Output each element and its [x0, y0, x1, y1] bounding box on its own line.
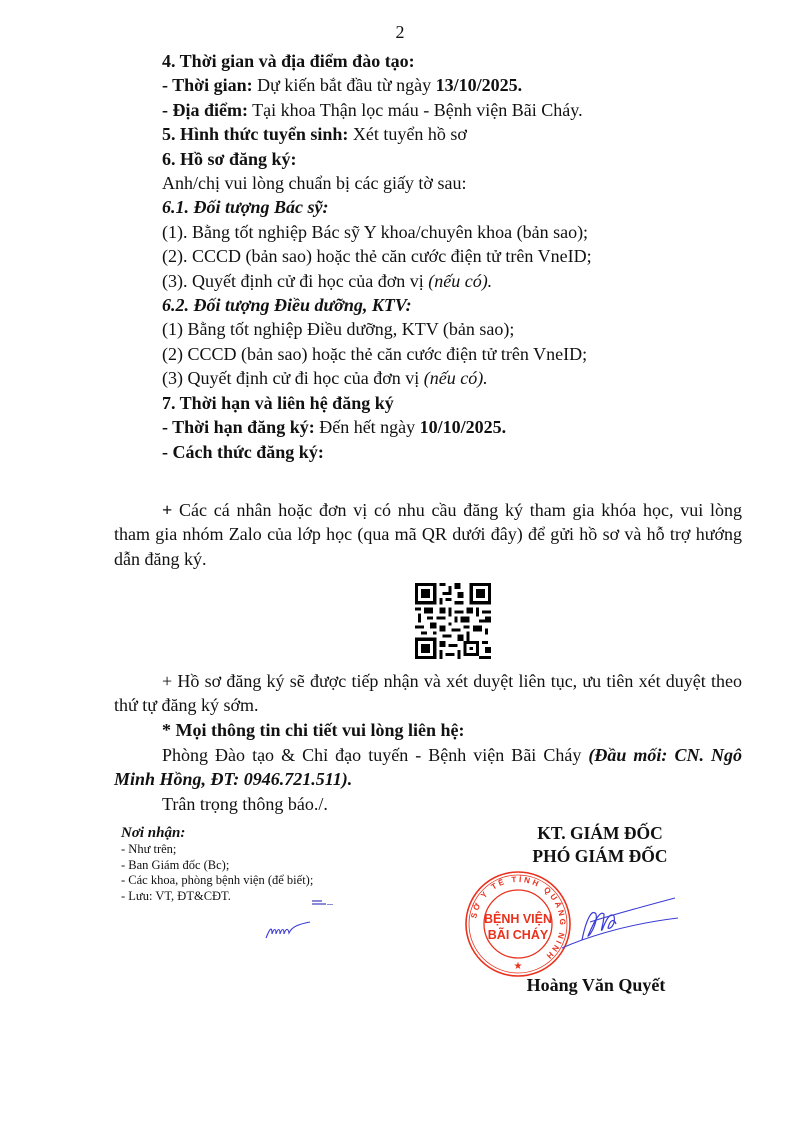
place-label: - Địa điểm:: [162, 100, 248, 120]
list-item: (1). Bằng tốt nghiệp Bác sỹ Y khoa/chuyê…: [162, 220, 742, 244]
plus-marker: +: [162, 500, 172, 520]
place-text: Tại khoa Thận lọc máu - Bệnh viện Bãi Ch…: [248, 100, 583, 120]
recipients-block: Nơi nhận: - Như trên; - Ban Giám đốc (Bc…: [121, 824, 313, 904]
signature-title: KT. GIÁM ĐỐC PHÓ GIÁM ĐỐC: [500, 822, 700, 868]
section-6-1-heading: 6.1. Đối tượng Bác sỹ:: [162, 195, 742, 219]
contact-info: Phòng Đào tạo & Chỉ đạo tuyến - Bệnh việ…: [114, 743, 742, 792]
section-5-text: Xét tuyển hồ sơ: [348, 124, 467, 144]
deadline-date: 10/10/2025.: [420, 417, 507, 437]
section-6-2-heading: 6.2. Đối tượng Điều dưỡng, KTV:: [162, 293, 742, 317]
time-label: - Thời gian:: [162, 75, 253, 95]
list-item-note: (nếu có).: [428, 271, 492, 291]
recipient-item: - Ban Giám đốc (Bc);: [121, 858, 313, 874]
registration-method-label: - Cách thức đăng ký:: [162, 440, 742, 464]
time-date: 13/10/2025.: [436, 75, 523, 95]
document-body: 4. Thời gian và địa điểm đào tạo: - Thời…: [162, 49, 742, 464]
list-item-text: (3). Quyết định cử đi học của đơn vị: [162, 271, 428, 291]
list-item: (2) CCCD (bản sao) hoặc thẻ căn cước điệ…: [162, 342, 742, 366]
registration-deadline: - Thời hạn đăng ký: Đến hết ngày 10/10/2…: [162, 415, 742, 439]
review-note: + Hồ sơ đăng ký sẽ được tiếp nhận và xét…: [114, 669, 742, 718]
initial-mark-icon: [312, 899, 334, 907]
contact-text: Phòng Đào tạo & Chỉ đạo tuyến - Bệnh việ…: [162, 745, 588, 765]
signature-line-2: PHÓ GIÁM ĐỐC: [500, 845, 700, 868]
signer-name: Hoàng Văn Quyết: [496, 975, 696, 996]
section-6-intro: Anh/chị vui lòng chuẩn bị các giấy tờ sa…: [162, 171, 742, 195]
section-7-heading: 7. Thời hạn và liên hệ đăng ký: [162, 391, 742, 415]
signature-icon: [560, 880, 680, 960]
deadline-text: Đến hết ngày: [315, 417, 420, 437]
closing-line: Trân trọng thông báo./.: [114, 792, 742, 816]
recipients-title: Nơi nhận:: [121, 824, 313, 842]
recipient-item: - Lưu: VT, ĐT&CĐT.: [121, 889, 313, 905]
svg-text:BÃI CHÁY: BÃI CHÁY: [488, 927, 549, 942]
list-item: (1) Bằng tốt nghiệp Điều dưỡng, KTV (bản…: [162, 317, 742, 341]
hospital-stamp-icon: SỞ Y TẾ TỈNH QUẢNG NINH BỆNH VIỆN BÃI CH…: [462, 868, 574, 980]
svg-text:★: ★: [514, 961, 523, 972]
section-5: 5. Hình thức tuyển sinh: Xét tuyển hồ sơ: [162, 122, 742, 146]
training-place: - Địa điểm: Tại khoa Thận lọc máu - Bệnh…: [162, 98, 742, 122]
section-5-label: 5. Hình thức tuyển sinh:: [162, 124, 348, 144]
svg-text:BỆNH VIỆN: BỆNH VIỆN: [484, 911, 552, 926]
training-time: - Thời gian: Dự kiến bắt đầu từ ngày 13/…: [162, 73, 742, 97]
list-item: (3) Quyết định cử đi học của đơn vị (nếu…: [162, 366, 742, 390]
time-text: Dự kiến bắt đầu từ ngày: [253, 75, 436, 95]
page-number: 2: [0, 22, 800, 43]
qr-code-icon[interactable]: [413, 583, 493, 659]
recipient-item: - Các khoa, phòng bệnh viện (để biết);: [121, 873, 313, 889]
contact-heading: * Mọi thông tin chi tiết vui lòng liên h…: [114, 718, 742, 742]
initial-signature-icon: [262, 918, 312, 942]
signature-line-1: KT. GIÁM ĐỐC: [500, 822, 700, 845]
deadline-label: - Thời hạn đăng ký:: [162, 417, 315, 437]
list-item: (2). CCCD (bản sao) hoặc thẻ căn cước đi…: [162, 244, 742, 268]
registration-method-text: + Các cá nhân hoặc đơn vị có nhu cầu đăn…: [114, 498, 742, 571]
recipient-item: - Như trên;: [121, 842, 313, 858]
method-paragraph: Các cá nhân hoặc đơn vị có nhu cầu đăng …: [114, 500, 742, 569]
list-item-note: (nếu có).: [424, 368, 488, 388]
list-item-text: (3) Quyết định cử đi học của đơn vị: [162, 368, 424, 388]
section-6-heading: 6. Hồ sơ đăng ký:: [162, 147, 742, 171]
section-4-heading: 4. Thời gian và địa điểm đào tạo:: [162, 49, 742, 73]
list-item: (3). Quyết định cử đi học của đơn vị (nế…: [162, 269, 742, 293]
